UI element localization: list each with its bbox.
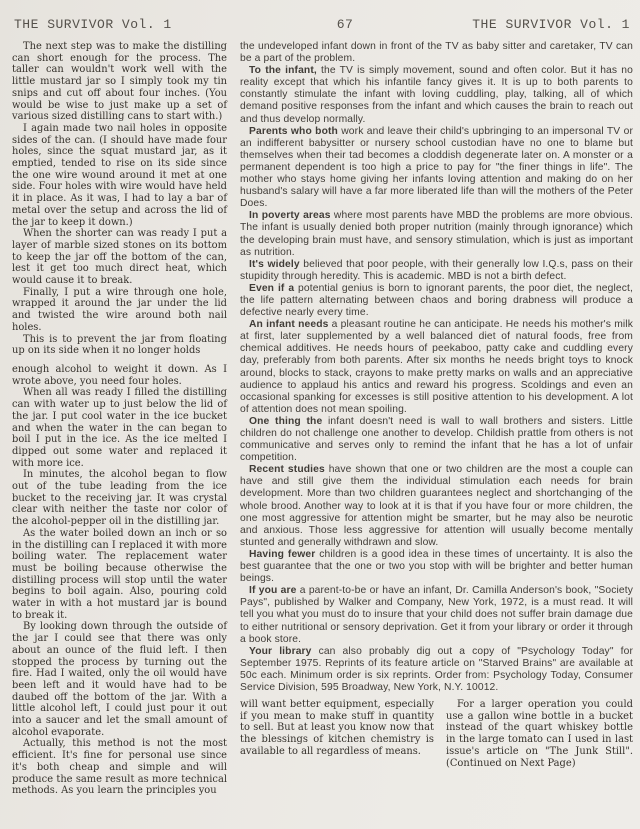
paragraph-lead: To the infant, — [249, 65, 321, 76]
paragraph-lead: One thing the — [249, 416, 328, 427]
running-title-left: THE SURVIVOR Vol. 1 — [14, 17, 172, 32]
paragraph: I again made two nail holes in opposite … — [12, 123, 227, 228]
bottom-right-column-distilling-continuation: For a larger operation you could use a g… — [446, 699, 633, 769]
paragraph: One thing the infant doesn't need is wal… — [240, 416, 633, 464]
paragraph: When the shorter can was ready I put a l… — [12, 228, 227, 287]
right-column-infant-article: the undeveloped infant down in front of … — [240, 41, 633, 694]
paragraph: Parents who both work and leave their ch… — [240, 126, 633, 211]
paragraph: Even if a potential genius is born to ig… — [240, 283, 633, 319]
paragraph: will want better equipment, especially i… — [240, 699, 434, 758]
paragraph: As the water boiled down an inch or so i… — [12, 528, 227, 622]
running-title-right: THE SURVIVOR Vol. 1 — [472, 17, 630, 32]
paragraph: This is to prevent the jar from floating… — [12, 334, 227, 357]
paragraph: When all was ready I filled the distilli… — [12, 387, 227, 469]
paragraph-lead: Even if a — [249, 283, 298, 294]
bottom-left-column-distilling-continuation: will want better equipment, especially i… — [240, 699, 434, 769]
paragraph: Finally, I put a wire through one hole, … — [12, 287, 227, 334]
paragraph: By looking down through the outside of t… — [12, 621, 227, 738]
paragraph-lead: An infant needs — [249, 319, 332, 330]
right-column-area: the undeveloped infant down in front of … — [240, 41, 633, 797]
paragraph: Your library can also probably dig out a… — [240, 646, 633, 694]
paragraph: Having fewer children is a good idea in … — [240, 549, 633, 585]
scanned-book-page: THE SURVIVOR Vol. 1 67 THE SURVIVOR Vol.… — [0, 0, 640, 829]
paragraph: The next step was to make the distilling… — [12, 41, 227, 123]
paragraph-lead: If you are — [249, 585, 300, 596]
bottom-continuation-row: will want better equipment, especially i… — [240, 699, 633, 769]
paragraph: An infant needs a pleasant routine he ca… — [240, 319, 633, 416]
paragraph: Recent studies have shown that one or tw… — [240, 464, 633, 549]
paragraph: If you are a parent-to-be or have an inf… — [240, 585, 633, 645]
paragraph-lead: Having fewer — [249, 549, 319, 560]
paragraph: For a larger operation you could use a g… — [446, 699, 633, 769]
paragraph: It's widely believed that poor people, w… — [240, 259, 633, 283]
paragraph-lead: It's widely — [249, 259, 303, 270]
page-number: 67 — [337, 17, 354, 32]
paragraph-lead: In poverty areas — [249, 210, 334, 221]
paragraph: enough alcohol to weight it down. As I w… — [12, 364, 227, 387]
paragraph: To the infant, the TV is simply movement… — [240, 65, 633, 125]
paragraph: In poverty areas where most parents have… — [240, 210, 633, 258]
paragraph: Actually, this method is not the most ef… — [12, 738, 227, 797]
page-header: THE SURVIVOR Vol. 1 67 THE SURVIVOR Vol.… — [14, 17, 630, 32]
paragraph: the undeveloped infant down in front of … — [240, 41, 633, 65]
paragraph-lead: Your library — [249, 646, 319, 657]
left-column-distilling-article: The next step was to make the distilling… — [12, 41, 227, 797]
paragraph: In minutes, the alcohol began to flow ou… — [12, 469, 227, 528]
paragraph-lead: Parents who both — [249, 126, 341, 137]
page-body: The next step was to make the distilling… — [12, 41, 633, 797]
paragraph-lead: Recent studies — [249, 464, 329, 475]
